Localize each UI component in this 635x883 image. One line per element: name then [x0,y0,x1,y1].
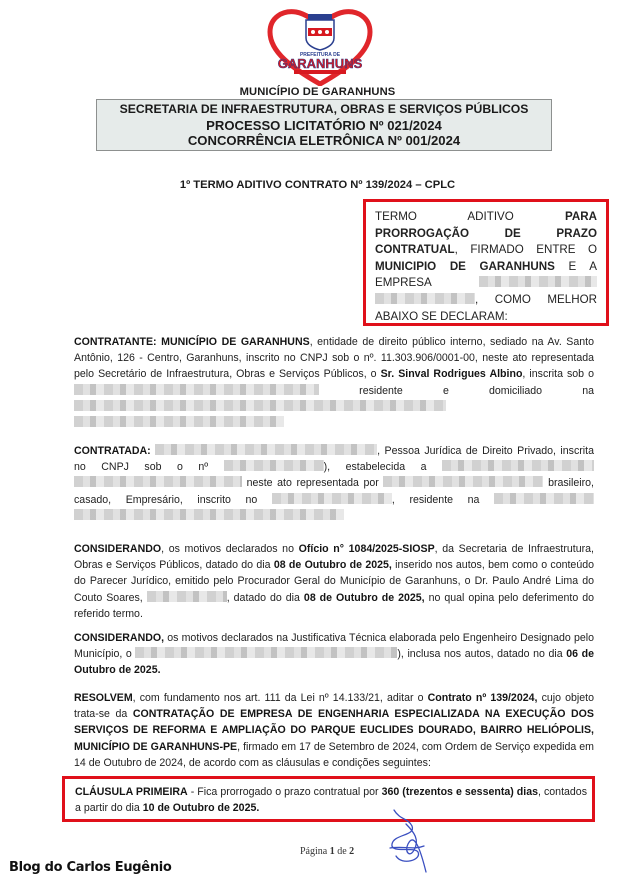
redacted-residence [494,493,594,504]
redacted-cpf [272,493,392,504]
redacted-address-cont [74,476,242,487]
ementa-text: TERMO ADITIVO PARA PRORROGAÇÃO DE PRAZO … [375,209,597,325]
document-title: 1º TERMO ADITIVO CONTRATO Nº 139/2024 – … [0,179,635,191]
processo-licitatorio: PROCESSO LICITATÓRIO Nº 021/2024 [97,118,551,134]
redacted-address-cont [74,416,284,427]
contratada-paragraph: CONTRATADA: , Pessoa Jurídica de Direito… [74,443,594,524]
redacted-cpf [74,384,319,395]
redacted-company-name-cont [375,293,475,304]
redacted-residence-cont [74,509,344,520]
redacted-establishment-address [442,460,594,471]
redacted-contratada-name [155,444,377,455]
municipio-heading: MUNICÍPIO DE GARANHUNS [0,86,635,98]
contratante-paragraph: CONTRATANTE: MUNICÍPIO DE GARANHUNS, ent… [74,334,594,431]
blog-watermark: Blog do Carlos Eugênio [9,860,172,875]
handwritten-signature-icon [384,806,436,876]
secretaria-title: SECRETARIA DE INFRAESTRUTURA, OBRAS E SE… [97,102,551,118]
redacted-address [74,400,446,411]
clausula-primeira-paragraph: CLÁUSULA PRIMEIRA - Fica prorrogado o pr… [75,784,587,816]
resolvem-paragraph: RESOLVEM, com fundamento nos art. 111 da… [74,690,594,771]
redacted-company-name [479,276,597,287]
redacted-engineer-name [135,647,397,658]
prefeitura-garanhuns-logo: PREFEITURA DE GARANHUNS [262,6,378,86]
considerando-justificativa-paragraph: CONSIDERANDO, os motivos declarados na J… [74,630,594,679]
considerando-oficio-paragraph: CONSIDERANDO, os motivos declarados no O… [74,541,594,622]
redacted-cnpj [224,460,324,471]
redacted-oab [147,591,227,602]
svg-text:GARANHUNS: GARANHUNS [278,56,363,71]
redacted-representative [383,476,543,487]
garanhuns-crest-heart-icon: PREFEITURA DE GARANHUNS [262,6,378,86]
concorrencia-eletronica: CONCORRÊNCIA ELETRÔNICA Nº 001/2024 [97,133,551,149]
process-header-box: SECRETARIA DE INFRAESTRUTURA, OBRAS E SE… [96,99,552,151]
page-number: Página 1 de 2 [300,846,354,857]
